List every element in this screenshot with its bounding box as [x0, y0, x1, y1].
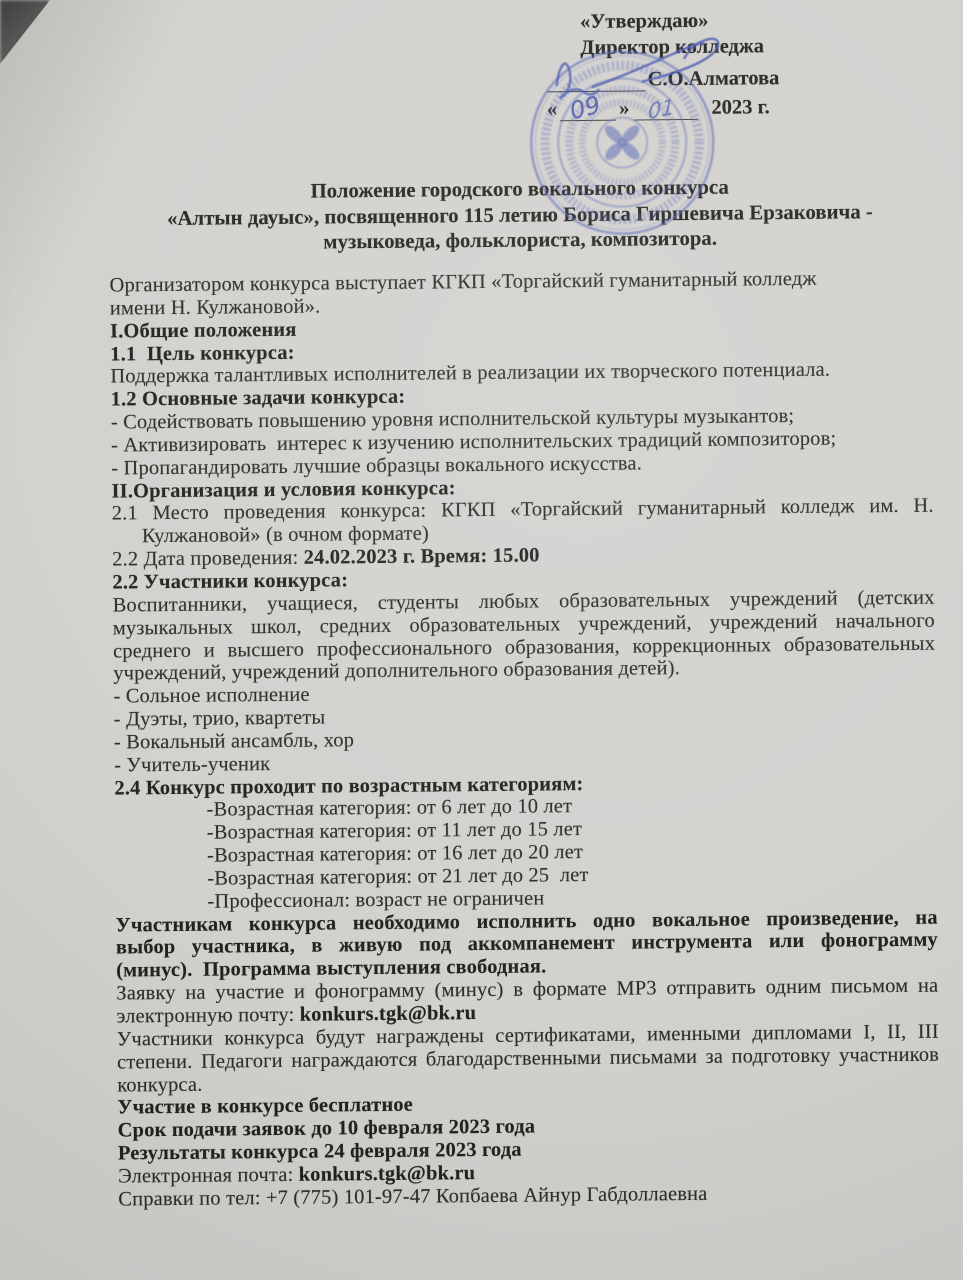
- bold-text-segment: 2.2 Участники конкурса:: [112, 569, 348, 593]
- text-segment: - Учитель-ученик: [114, 753, 270, 776]
- bold-text-segment: Срок подачи заявок до 10 февраля 2023 го…: [118, 1116, 536, 1142]
- text-segment: электронную почту:: [116, 1004, 299, 1028]
- text-segment: -Возрастная категория: от 16 лет до 20 л…: [207, 841, 583, 867]
- text-segment: - Вокальный ансамбль, хор: [114, 729, 354, 753]
- text-segment: -Возрастная категория: от 21 лет до 25 л…: [207, 864, 589, 890]
- text-segment: конкурса.: [117, 1073, 202, 1096]
- bold-text-segment: Результаты конкурса 24 февраля 2023 года: [118, 1139, 522, 1165]
- bold-text-segment: 1.1 Цель конкурса:: [110, 341, 295, 365]
- director-signature: [534, 23, 775, 125]
- bold-text-segment: I.Общие положения: [110, 318, 297, 342]
- text-segment: Электронная почта:: [118, 1164, 299, 1188]
- bold-text-segment: konkurs.tgk@bk.ru: [299, 1162, 476, 1186]
- text-segment: Кулжановой» (в очном формате): [142, 523, 429, 548]
- text-segment: 2.2 Дата проведения:: [112, 547, 304, 571]
- bold-text-segment: Участие в конкурсе бесплатное: [117, 1094, 413, 1119]
- bold-text-segment: (минус). Программа выступления свободная…: [116, 956, 546, 982]
- bold-text-segment: II.Организация и условия конкурса:: [111, 477, 455, 502]
- document-body: Организатором конкурса выступает КГКП «Т…: [109, 267, 940, 1211]
- text-segment: - Сольное исполнение: [113, 684, 309, 708]
- text-segment: - Пропагандировать лучшие образцы вокаль…: [111, 452, 642, 479]
- photo-of-document: { "colors": { "paper": "#d2d1ce", "text_…: [0, 0, 963, 1280]
- text-segment: учреждений, учреждений дополнительного о…: [113, 657, 680, 684]
- text-segment: - Дуэты, трио, квартеты: [114, 707, 326, 731]
- document-title: Положение городского вокального конкурса…: [109, 173, 932, 258]
- text-segment: Справки по тел: +7 (775) 101-97-47 Копба…: [118, 1183, 707, 1211]
- text-segment: имени Н. Кулжановой».: [110, 295, 321, 319]
- text-segment: -Возрастная категория: от 6 лет до 10 ле…: [207, 796, 573, 822]
- text-segment: -Профессионал: возраст не ограничен: [207, 887, 544, 912]
- document-sheet: «Утверждаю» Директор колледжа С.О.Алмато…: [0, 0, 963, 1280]
- bold-text-segment: konkurs.tgk@bk.ru: [300, 1002, 477, 1026]
- text-segment: -Возрастная категория: от 11 лет до 15 л…: [207, 818, 582, 844]
- bold-text-segment: 24.02.2023 г. Время: 15.00: [304, 545, 540, 569]
- bold-text-segment: 1.2 Основные задачи конкурса:: [111, 386, 406, 411]
